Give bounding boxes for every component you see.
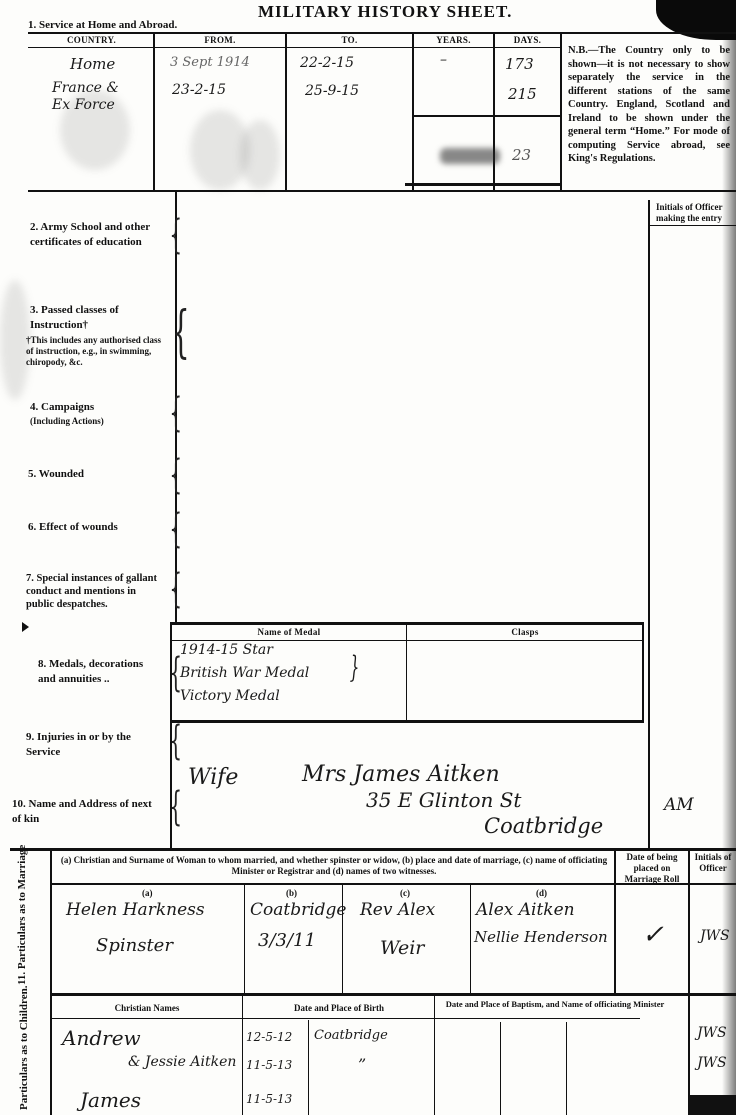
row1-to: 22-2-15 xyxy=(300,55,354,71)
marriage-date: 3/3/11 xyxy=(258,930,316,951)
item-8-label: 8. Medals, decorations and annuities .. xyxy=(38,657,160,687)
medal-entry: British War Medal xyxy=(180,665,309,681)
brace: { xyxy=(169,566,182,612)
divider xyxy=(244,885,245,993)
brace: { xyxy=(169,784,182,830)
sub-c: (c) xyxy=(400,888,410,899)
divider xyxy=(500,1022,501,1115)
nok-address-line2: Coatbridge xyxy=(484,814,603,838)
divider xyxy=(406,625,407,721)
medal-entry: Victory Medal xyxy=(180,688,280,704)
clasps-header: Clasps xyxy=(408,627,642,637)
item-6-label: 6. Effect of wounds xyxy=(28,520,118,535)
col-days: DAYS. xyxy=(495,35,560,45)
marriage-header: (a) Christian and Surname of Woman to wh… xyxy=(58,855,610,877)
divider xyxy=(688,850,690,1115)
brace: { xyxy=(172,300,190,365)
item-2-label: 2. Army School and other certificates of… xyxy=(30,220,168,250)
spouse-status: Spinster xyxy=(96,935,173,956)
minister-line2: Weir xyxy=(380,937,424,959)
witness-2: Nellie Henderson xyxy=(474,928,608,946)
child-birth-place: Coatbridge xyxy=(314,1028,388,1043)
marriage-side-label: 11. Particulars as to Marriage xyxy=(16,865,28,985)
divider xyxy=(566,1022,567,1115)
children-col-birth: Date and Place of Birth xyxy=(244,1003,434,1014)
item-3-footnote: †This includes any authorised class of i… xyxy=(26,335,168,368)
divider xyxy=(28,47,560,48)
divider xyxy=(308,1020,309,1115)
divider xyxy=(648,200,650,850)
marriage-roll-header: Date of being placed on Marriage Roll xyxy=(616,852,688,885)
nok-officer-initials: AM xyxy=(664,795,694,815)
child-birth-date: 11-5-13 xyxy=(246,1092,292,1106)
brace: { xyxy=(169,212,182,258)
marriage-officer-header: Initials of Officer xyxy=(690,852,736,874)
nb-note: N.B.—The Country only to be shown—it is … xyxy=(568,44,730,190)
medal-entry: 1914-15 Star xyxy=(180,642,273,658)
children-col-baptism: Date and Place of Baptism, and Name of o… xyxy=(440,999,670,1010)
marriage-officer-initials: JWS xyxy=(700,928,730,944)
item-5-label: 5. Wounded xyxy=(28,467,84,482)
divider xyxy=(50,850,52,1115)
divider xyxy=(493,32,495,190)
page-corner-shadow xyxy=(690,1095,736,1115)
paper-stain xyxy=(240,120,280,190)
page-title: MILITARY HISTORY SHEET. xyxy=(258,2,512,22)
marriage-place: Coatbridge xyxy=(250,900,346,920)
sub-d: (d) xyxy=(536,888,547,899)
row1-years: – xyxy=(440,52,447,68)
divider xyxy=(650,225,736,226)
brace: { xyxy=(169,718,182,764)
col-country: COUNTRY. xyxy=(30,35,153,45)
item-9-label: 9. Injuries in or by the Service xyxy=(26,730,158,760)
child-name: James xyxy=(80,1088,141,1112)
roll-checkmark: ✓ xyxy=(642,920,664,950)
divider xyxy=(170,622,644,625)
divider xyxy=(170,720,644,723)
children-col-names: Christian Names xyxy=(52,1003,242,1014)
section-1-label: 1. Service at Home and Abroad. xyxy=(28,18,177,33)
sub-b: (b) xyxy=(286,888,297,899)
brace: { xyxy=(169,506,182,552)
divider xyxy=(470,885,471,993)
minister-line1: Rev Alex xyxy=(360,900,435,920)
row2-days: 215 xyxy=(508,85,537,103)
row1-days: 173 xyxy=(505,55,534,73)
col-to: TO. xyxy=(287,35,412,45)
witness-1: Alex Aitken xyxy=(476,900,575,920)
divider xyxy=(28,190,736,192)
child-officer-initials: JWS xyxy=(697,1055,727,1071)
child-birth-place: ” xyxy=(358,1055,366,1074)
row2-country: France & Ex Force xyxy=(52,80,132,114)
divider xyxy=(242,996,243,1115)
item-4-sub: (Including Actions) xyxy=(30,416,104,427)
total-days: 23 xyxy=(512,146,531,164)
spouse-name: Helen Harkness xyxy=(66,900,205,920)
nok-address-line1: 35 E Glinton St xyxy=(366,788,521,812)
item-4-label: 4. Campaigns xyxy=(30,400,94,415)
children-side-label: Particulars as to Children. xyxy=(18,1010,30,1110)
row1-country: Home xyxy=(70,55,115,73)
divider xyxy=(153,32,155,190)
page-corner-fold xyxy=(656,0,736,40)
sub-a: (a) xyxy=(142,888,153,899)
nok-relation: Wife xyxy=(188,765,238,790)
row2-from: 23-2-15 xyxy=(172,82,226,98)
row2-to: 25-9-15 xyxy=(305,83,359,99)
ink-smudge xyxy=(440,148,500,164)
divider xyxy=(412,32,414,190)
child-name: Andrew xyxy=(62,1026,141,1050)
divider xyxy=(642,622,644,723)
divider xyxy=(434,996,435,1115)
initials-header: Initials of Officer making the entry xyxy=(656,202,736,224)
divider xyxy=(10,848,736,851)
child-officer-initials: JWS xyxy=(697,1025,727,1041)
divider xyxy=(28,32,736,34)
child-birth-date: 11-5-13 xyxy=(246,1058,292,1072)
item-3-label: 3. Passed classes of Instruction† xyxy=(30,303,168,333)
divider xyxy=(412,115,560,117)
brace: { xyxy=(169,452,182,498)
divider xyxy=(170,640,644,641)
col-years: YEARS. xyxy=(414,35,493,45)
brace: { xyxy=(169,390,182,436)
child-name: & Jessie Aitken xyxy=(128,1054,236,1070)
row1-from: 3 Sept 1914 xyxy=(170,55,250,70)
divider xyxy=(405,183,560,186)
medal-name-header: Name of Medal xyxy=(172,627,406,637)
arrow-mark xyxy=(22,622,29,632)
nok-name: Mrs James Aitken xyxy=(302,762,500,787)
divider xyxy=(560,32,562,190)
child-birth-date: 12-5-12 xyxy=(246,1030,292,1044)
divider xyxy=(50,1018,640,1019)
col-from: FROM. xyxy=(155,35,285,45)
divider xyxy=(50,993,736,996)
item-10-label: 10. Name and Address of next of kin xyxy=(12,797,158,827)
item-7-label: 7. Special instances of gallant conduct … xyxy=(26,572,166,611)
divider xyxy=(285,32,287,190)
bracket-mark: } xyxy=(350,650,360,685)
